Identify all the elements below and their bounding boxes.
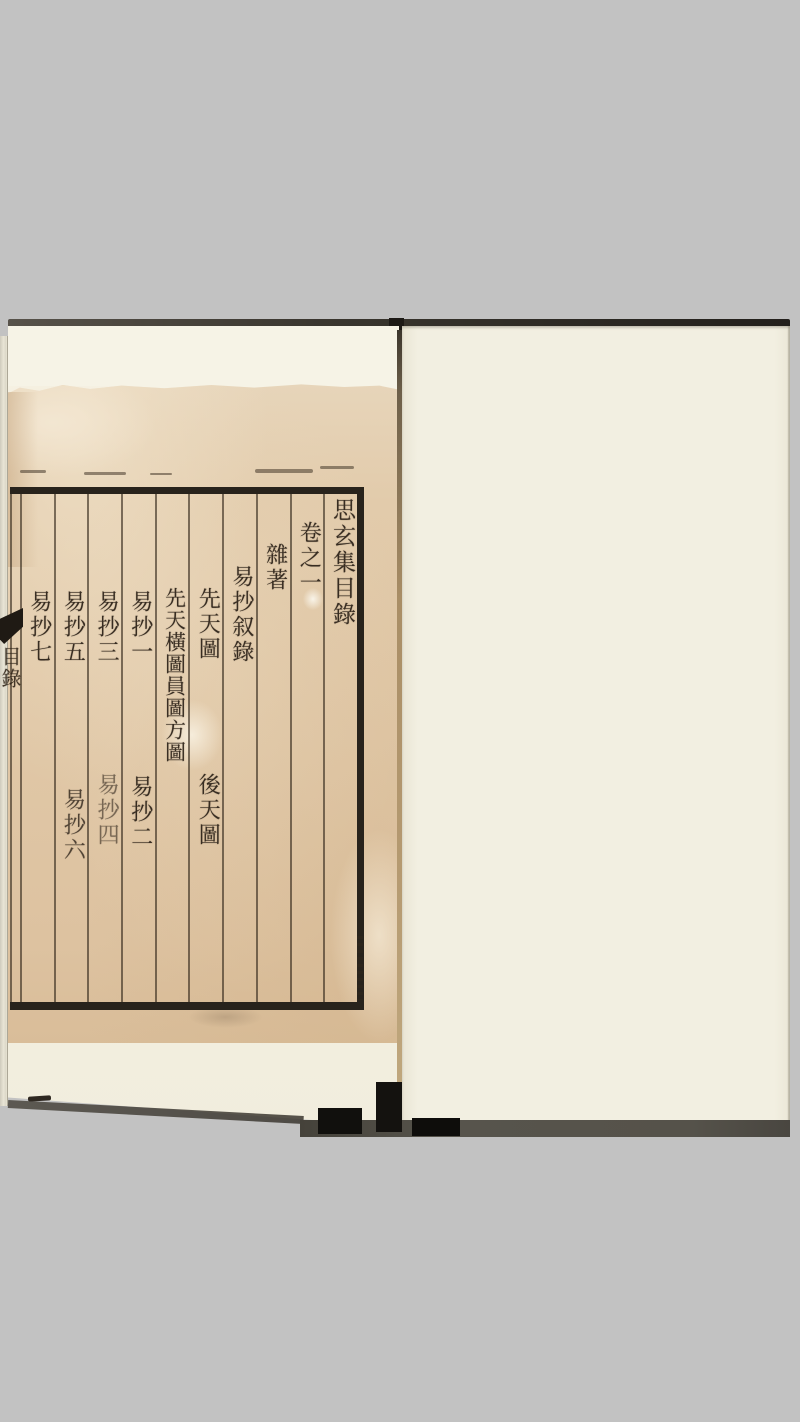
tear-mark [150, 473, 172, 475]
printed-border-frame: 思玄集目錄 卷之一 雜著 易抄叙錄 先天圖 後天圖 先天橫圖員圖方圖 易抄一 易… [10, 487, 364, 1010]
toc-entry: 先天橫圖員圖方圖 [162, 587, 186, 763]
spine-ink-wedge [0, 608, 23, 644]
toc-column-entry: 先天圖 後天圖 [188, 494, 222, 1002]
toc-entry: 易抄五 [60, 590, 85, 665]
section-heading: 雜著 [263, 543, 288, 593]
right-page-blank [402, 326, 790, 1128]
tear-mark [20, 470, 46, 473]
toc-column-entry: 易抄叙錄 [222, 494, 256, 1002]
toc-column-volume: 卷之一 [290, 494, 324, 1002]
toc-column-empty [10, 494, 20, 1002]
spine-label: 目錄 [0, 604, 26, 712]
toc-entry: 易抄六 [61, 788, 84, 863]
book-bottom-edge [300, 1120, 790, 1137]
toc-entry: 易抄二 [129, 775, 152, 850]
spine-bottom-shadow [412, 1118, 460, 1136]
toc-column-entry: 先天橫圖員圖方圖 [155, 494, 189, 1002]
toc-column-entry: 易抄三 易抄四 [87, 494, 121, 1002]
toc-entry: 易抄七 [27, 590, 52, 665]
toc-entry: 易抄四 [95, 773, 118, 848]
toc-entry: 後天圖 [196, 773, 219, 848]
toc-entry: 先天圖 [195, 587, 220, 662]
tear-mark [84, 472, 126, 475]
left-page-block-edge [0, 336, 8, 1106]
toc-column-entry: 易抄一 易抄二 [121, 494, 155, 1002]
toc-column-entry: 易抄七 [20, 494, 54, 1002]
toc-entry: 易抄三 [94, 590, 119, 665]
spine-bottom-shadow [318, 1108, 362, 1134]
toc-column-entry: 易抄五 易抄六 [54, 494, 88, 1002]
toc-columns: 思玄集目錄 卷之一 雜著 易抄叙錄 先天圖 後天圖 先天橫圖員圖方圖 易抄一 易… [10, 494, 357, 1002]
volume-label: 卷之一 [296, 521, 321, 596]
tear-mark [320, 466, 354, 469]
spine-bottom-shadow [376, 1082, 402, 1132]
book-title: 思玄集目錄 [329, 498, 355, 628]
toc-column-title: 思玄集目錄 [323, 494, 357, 1002]
toc-column-section: 雜著 [256, 494, 290, 1002]
spine-label-text: 目錄 [0, 646, 25, 690]
tiny-inscription-mark [357, 936, 363, 1000]
tear-mark [255, 469, 313, 473]
toc-entry: 易抄一 [128, 590, 153, 665]
toc-entry: 易抄叙錄 [229, 565, 254, 665]
